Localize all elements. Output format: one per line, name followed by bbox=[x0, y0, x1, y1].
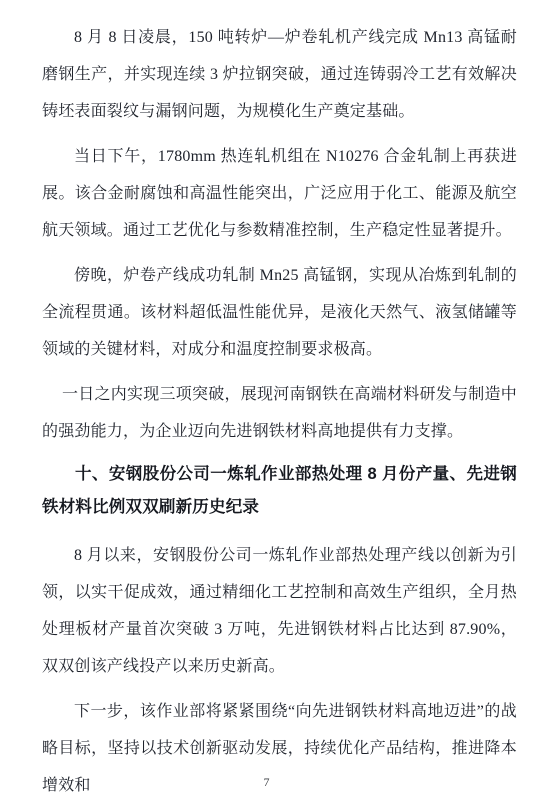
page-number: 7 bbox=[0, 775, 533, 789]
section-heading-10: 十、安钢股份公司一炼轧作业部热处理 8 月份产量、先进钢铁材料比例双双刷新历史纪… bbox=[42, 458, 517, 524]
paragraph-mn13-production: 8 月 8 日凌晨，150 吨转炉—炉卷轧机产线完成 Mn13 高锰耐磨钢生产，… bbox=[42, 19, 517, 130]
document-page: 8 月 8 日凌晨，150 吨转炉—炉卷轧机产线完成 Mn13 高锰耐磨钢生产，… bbox=[0, 0, 533, 798]
paragraph-mn25-steel: 傍晚，炉卷产线成功轧制 Mn25 高锰钢，实现从冶炼到轧制的全流程贯通。该材料超… bbox=[42, 257, 517, 368]
paragraph-n10276-alloy: 当日下午，1780mm 热连轧机组在 N10276 合金轧制上再获进展。该合金耐… bbox=[42, 138, 517, 249]
paragraph-august-record: 8 月以来，安钢股份公司一炼轧作业部热处理产线以创新为引领，以实干促成效，通过精… bbox=[42, 537, 517, 685]
document-body: 8 月 8 日凌晨，150 吨转炉—炉卷轧机产线完成 Mn13 高锰耐磨钢生产，… bbox=[0, 0, 533, 798]
paragraph-three-breakthroughs: 一日之内实现三项突破，展现河南钢铁在高端材料研发与制造中的强劲能力，为企业迈向先… bbox=[42, 376, 517, 450]
